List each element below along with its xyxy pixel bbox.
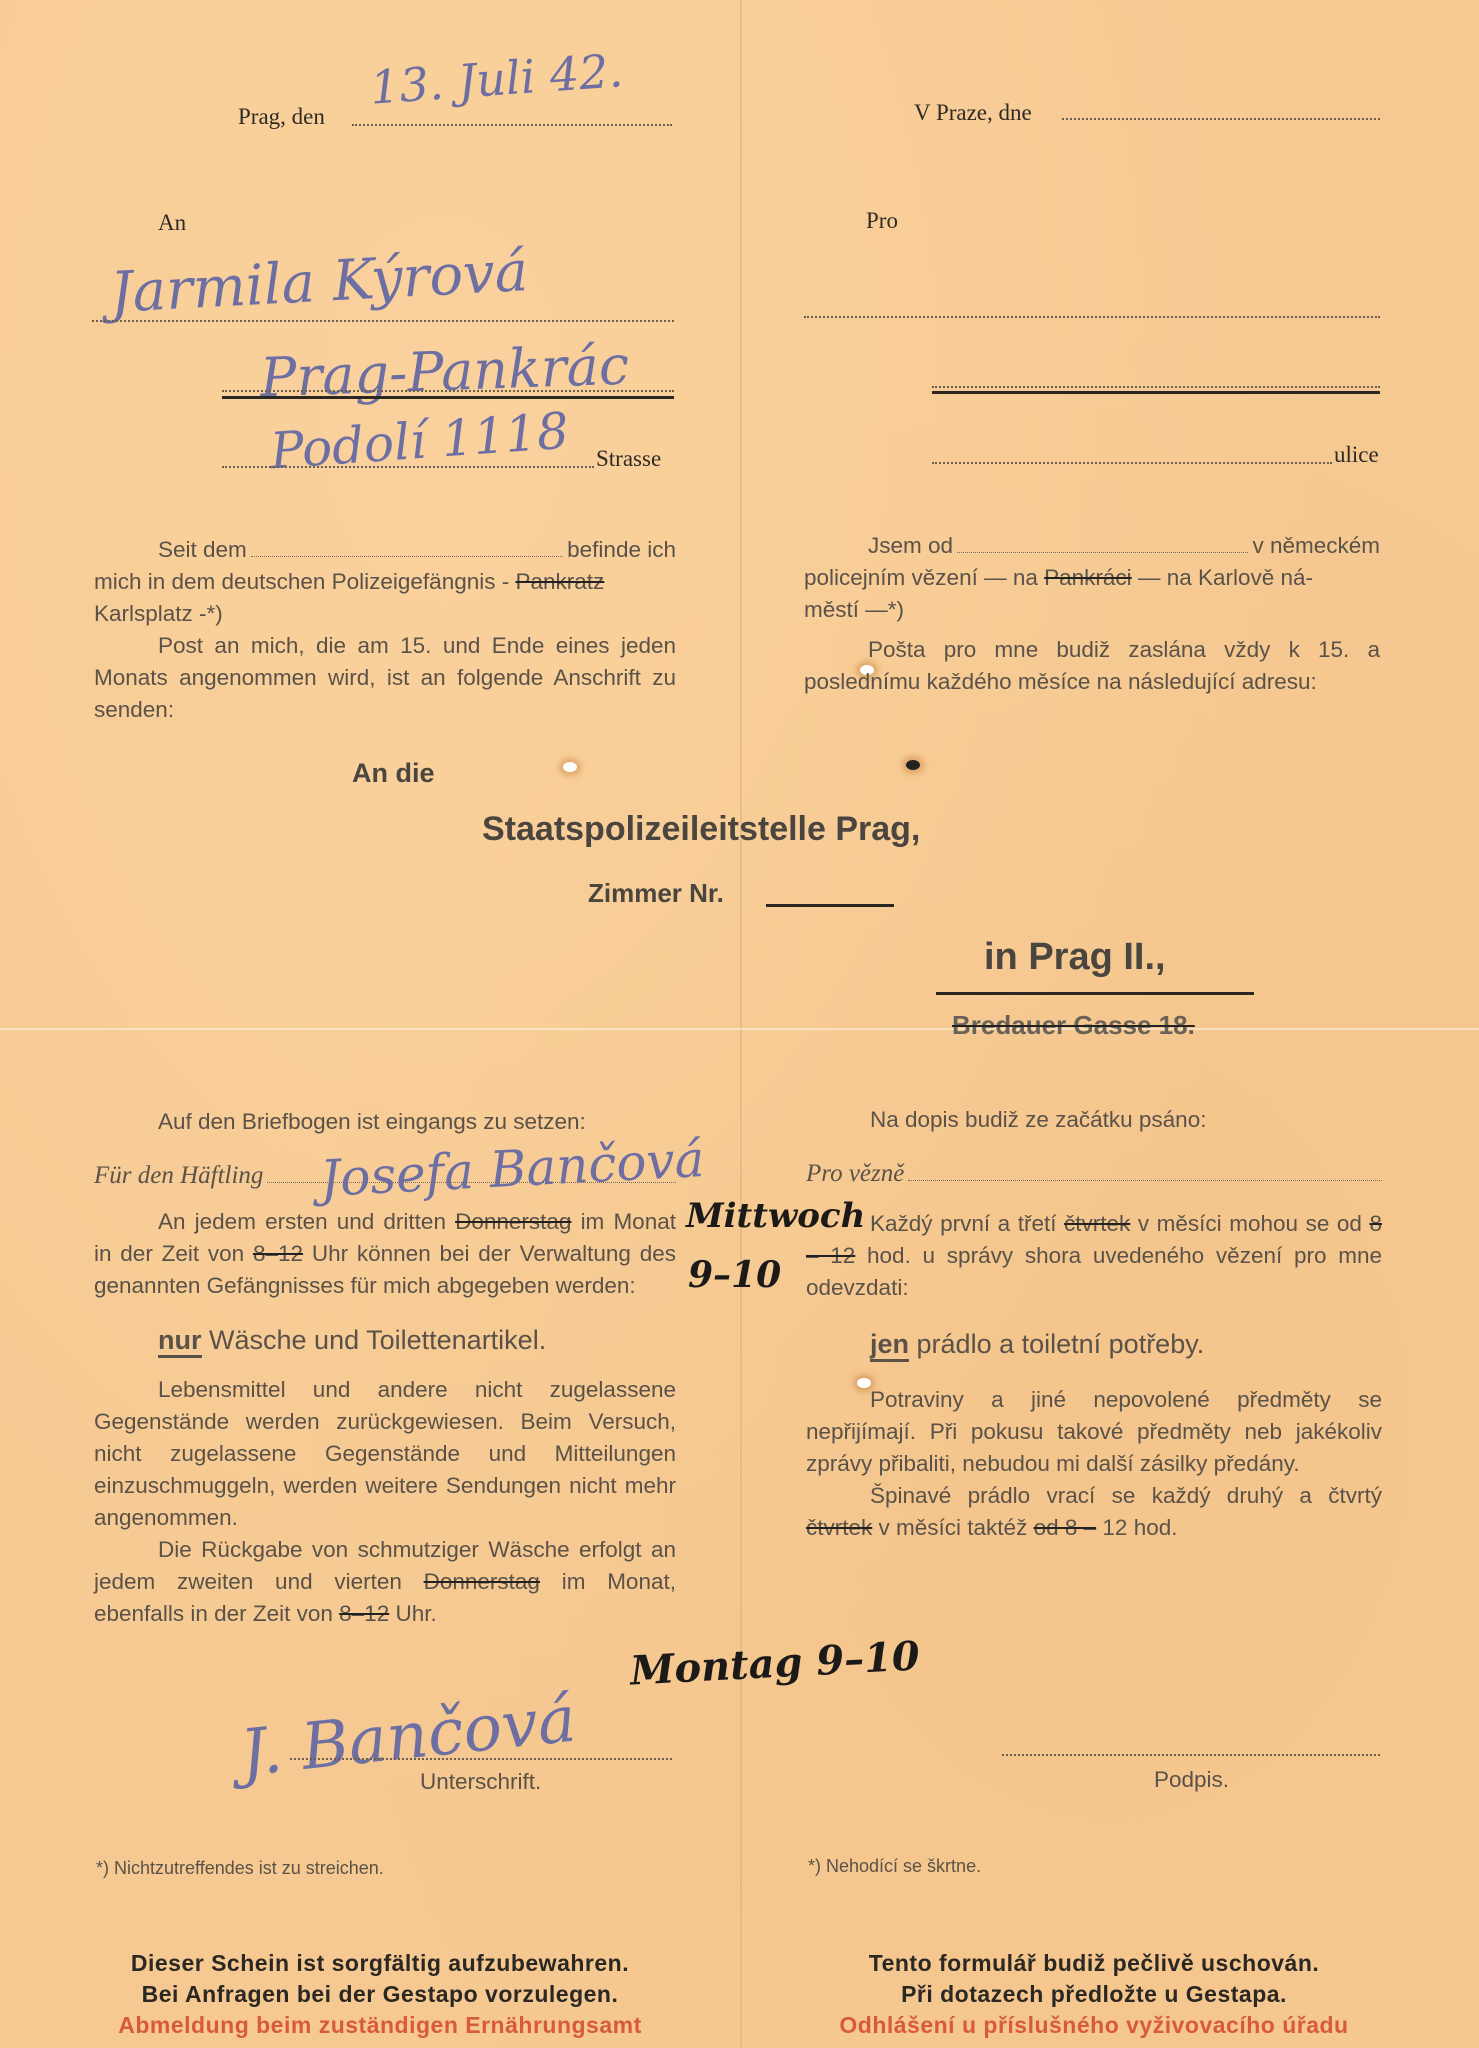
since-date-field-cz[interactable]: [957, 552, 1248, 553]
footer-cz-line3: Odhlášení u příslušného vyživovacího úřa…: [784, 2012, 1404, 2039]
struck-pankraci: Pankráci: [1044, 565, 1132, 590]
since-suffix-cz: v německém: [1252, 530, 1380, 562]
struck-time-cz-2: od 8 –: [1034, 1515, 1097, 1540]
room-label: Zimmer Nr.: [588, 878, 724, 909]
since-label-cz: Jsem od: [804, 530, 953, 562]
intro-cz: Jsem od v německém policejním vězení — n…: [804, 530, 1380, 698]
only-rest-cz: prádlo a toiletní potřeby.: [917, 1329, 1205, 1359]
prison-line-cz: policejním vězení — na: [804, 565, 1038, 590]
since-date-field[interactable]: [251, 556, 563, 557]
heading-de: Auf den Briefbogen ist eingangs zu setze…: [94, 1106, 676, 1138]
instructions-cz: Na dopis budiž ze začátku psáno: Pro věz…: [806, 1104, 1382, 1544]
prison-line: mich in dem deutschen Polizeigefängnis -: [94, 569, 509, 594]
p3-c: Uhr.: [395, 1601, 436, 1626]
footer-cz-line1: Tento formulář budiž pečlivě uschován.: [784, 1950, 1404, 1977]
struck-donnerstag: Donnerstag: [455, 1209, 571, 1234]
since-suffix: befinde ich: [567, 534, 676, 566]
horizontal-fold-crease: [0, 1028, 1479, 1030]
street-label-de: Strasse: [596, 446, 661, 472]
date-field-cz[interactable]: [1062, 118, 1380, 120]
only-word-de: nur: [158, 1325, 202, 1358]
footer-de: Dieser Schein ist sorgfältig aufzubewahr…: [60, 1950, 700, 2039]
place-date-label-cz: V Praze, dne: [914, 100, 1032, 126]
post-instructions-cz: Pošta pro mne budiž zaslána vždy k 15. a…: [804, 634, 1380, 698]
footnote-cz: *) Nehodící se škrtne.: [808, 1856, 981, 1877]
struck-time: 8–12: [253, 1241, 303, 1266]
rejection-para-cz: Potraviny a jiné nepovolené předměty se …: [806, 1384, 1382, 1480]
prisoner-name-field-cz[interactable]: [908, 1180, 1382, 1181]
since-label: Seit dem: [94, 534, 247, 566]
signature-field-cz[interactable]: [1002, 1754, 1380, 1756]
recipient-name-field-cz[interactable]: [804, 316, 1380, 318]
signature-label-cz: Podpis.: [1154, 1764, 1229, 1796]
paper-hole: [906, 760, 920, 770]
room-number-field[interactable]: [766, 904, 894, 907]
only-rest-de: Wäsche und Toilettenartikel.: [209, 1325, 546, 1355]
namesti-line: městí —*): [804, 594, 1380, 626]
city-underline: [222, 396, 674, 399]
annotation-montag: Montag 9–10: [629, 1632, 921, 1694]
street-label-cz: ulice: [1334, 442, 1379, 468]
date-field-de[interactable]: [352, 124, 672, 126]
city-line-underline: [936, 992, 1254, 995]
recipient-name-handwritten: Jarmila Kýrová: [109, 239, 530, 326]
footer-de-line3: Abmeldung beim zuständigen Ernährungsamt: [60, 2012, 700, 2039]
struck-ctvrtek-2: čtvrtek: [806, 1515, 872, 1540]
city-underline-cz: [932, 391, 1380, 394]
paper-hole: [563, 762, 577, 772]
prisoner-label-cz: Pro vězně: [806, 1158, 904, 1190]
footer-de-line2: Bei Anfragen bei der Gestapo vorzulegen.: [60, 1981, 700, 2008]
only-word-cz: jen: [870, 1329, 909, 1362]
intro-de: Seit dem befinde ich mich in dem deutsch…: [94, 534, 676, 726]
karlsplatz-line: Karlsplatz -*): [94, 598, 676, 630]
struck-donnerstag-2: Donnerstag: [424, 1569, 540, 1594]
cz-p3-b: v měsíci taktéž: [879, 1515, 1028, 1540]
rejection-para-de: Lebensmittel und andere nicht zugelassen…: [94, 1374, 676, 1534]
recipient-label-cz: Pro: [866, 208, 898, 234]
heading-cz: Na dopis budiž ze začátku psáno:: [806, 1104, 1382, 1136]
footnote-de: *) Nichtzutreffendes ist zu streichen.: [96, 1858, 384, 1879]
footer-cz: Tento formulář budiž pečlivě uschován. P…: [784, 1950, 1404, 2039]
struck-street: Bredauer Gasse 18.: [952, 1010, 1195, 1041]
signature-label-de: Unterschrift.: [420, 1766, 541, 1798]
date-handwritten: 13. Juli 42.: [368, 43, 624, 115]
karlovo-line: — na Karlově ná-: [1138, 565, 1313, 590]
cz-p3-a: Špinavé prádlo vrací se každý druhý a čt…: [870, 1483, 1382, 1508]
office-name: Staatspolizeileitstelle Prag,: [482, 810, 920, 849]
recipient-street-field[interactable]: [222, 466, 594, 468]
an-die: An die: [352, 758, 435, 789]
signature-field-de[interactable]: [290, 1758, 672, 1760]
footer-de-line1: Dieser Schein ist sorgfältig aufzubewahr…: [60, 1950, 700, 1977]
recipient-street-handwritten: Podolí 1118: [268, 402, 570, 481]
struck-time-2: 8–12: [339, 1601, 389, 1626]
recipient-name-field[interactable]: [92, 320, 674, 322]
cz-p3-c: 12 hod.: [1102, 1515, 1177, 1540]
vertical-fold-crease: [740, 0, 742, 2048]
cz-p1-c: hod. u správy shora uvedeného vězení pro…: [806, 1243, 1382, 1300]
recipient-city-field-cz[interactable]: [932, 386, 1380, 388]
recipient-city-field[interactable]: [222, 390, 674, 392]
p1-a: An jedem ersten und dritten: [158, 1209, 446, 1234]
city-line: in Prag II.,: [984, 936, 1166, 979]
place-date-label-de: Prag, den: [238, 104, 325, 130]
annotation-time: 9–10: [688, 1254, 781, 1296]
recipient-label-de: An: [158, 210, 186, 236]
struck-ctvrtek: čtvrtek: [1064, 1211, 1130, 1236]
struck-pankratz: Pankratz: [516, 569, 605, 594]
cz-p1-a: Každý první a třetí: [870, 1211, 1056, 1236]
prisoner-label-de: Für den Häftling: [94, 1160, 263, 1192]
footer-cz-line2: Při dotazech předložte u Gestapa.: [784, 1981, 1404, 2008]
post-instructions-de: Post an mich, die am 15. und Ende eines …: [94, 630, 676, 726]
recipient-street-field-cz[interactable]: [932, 462, 1332, 464]
cz-p1-b: v měsíci mohou se od: [1138, 1211, 1362, 1236]
